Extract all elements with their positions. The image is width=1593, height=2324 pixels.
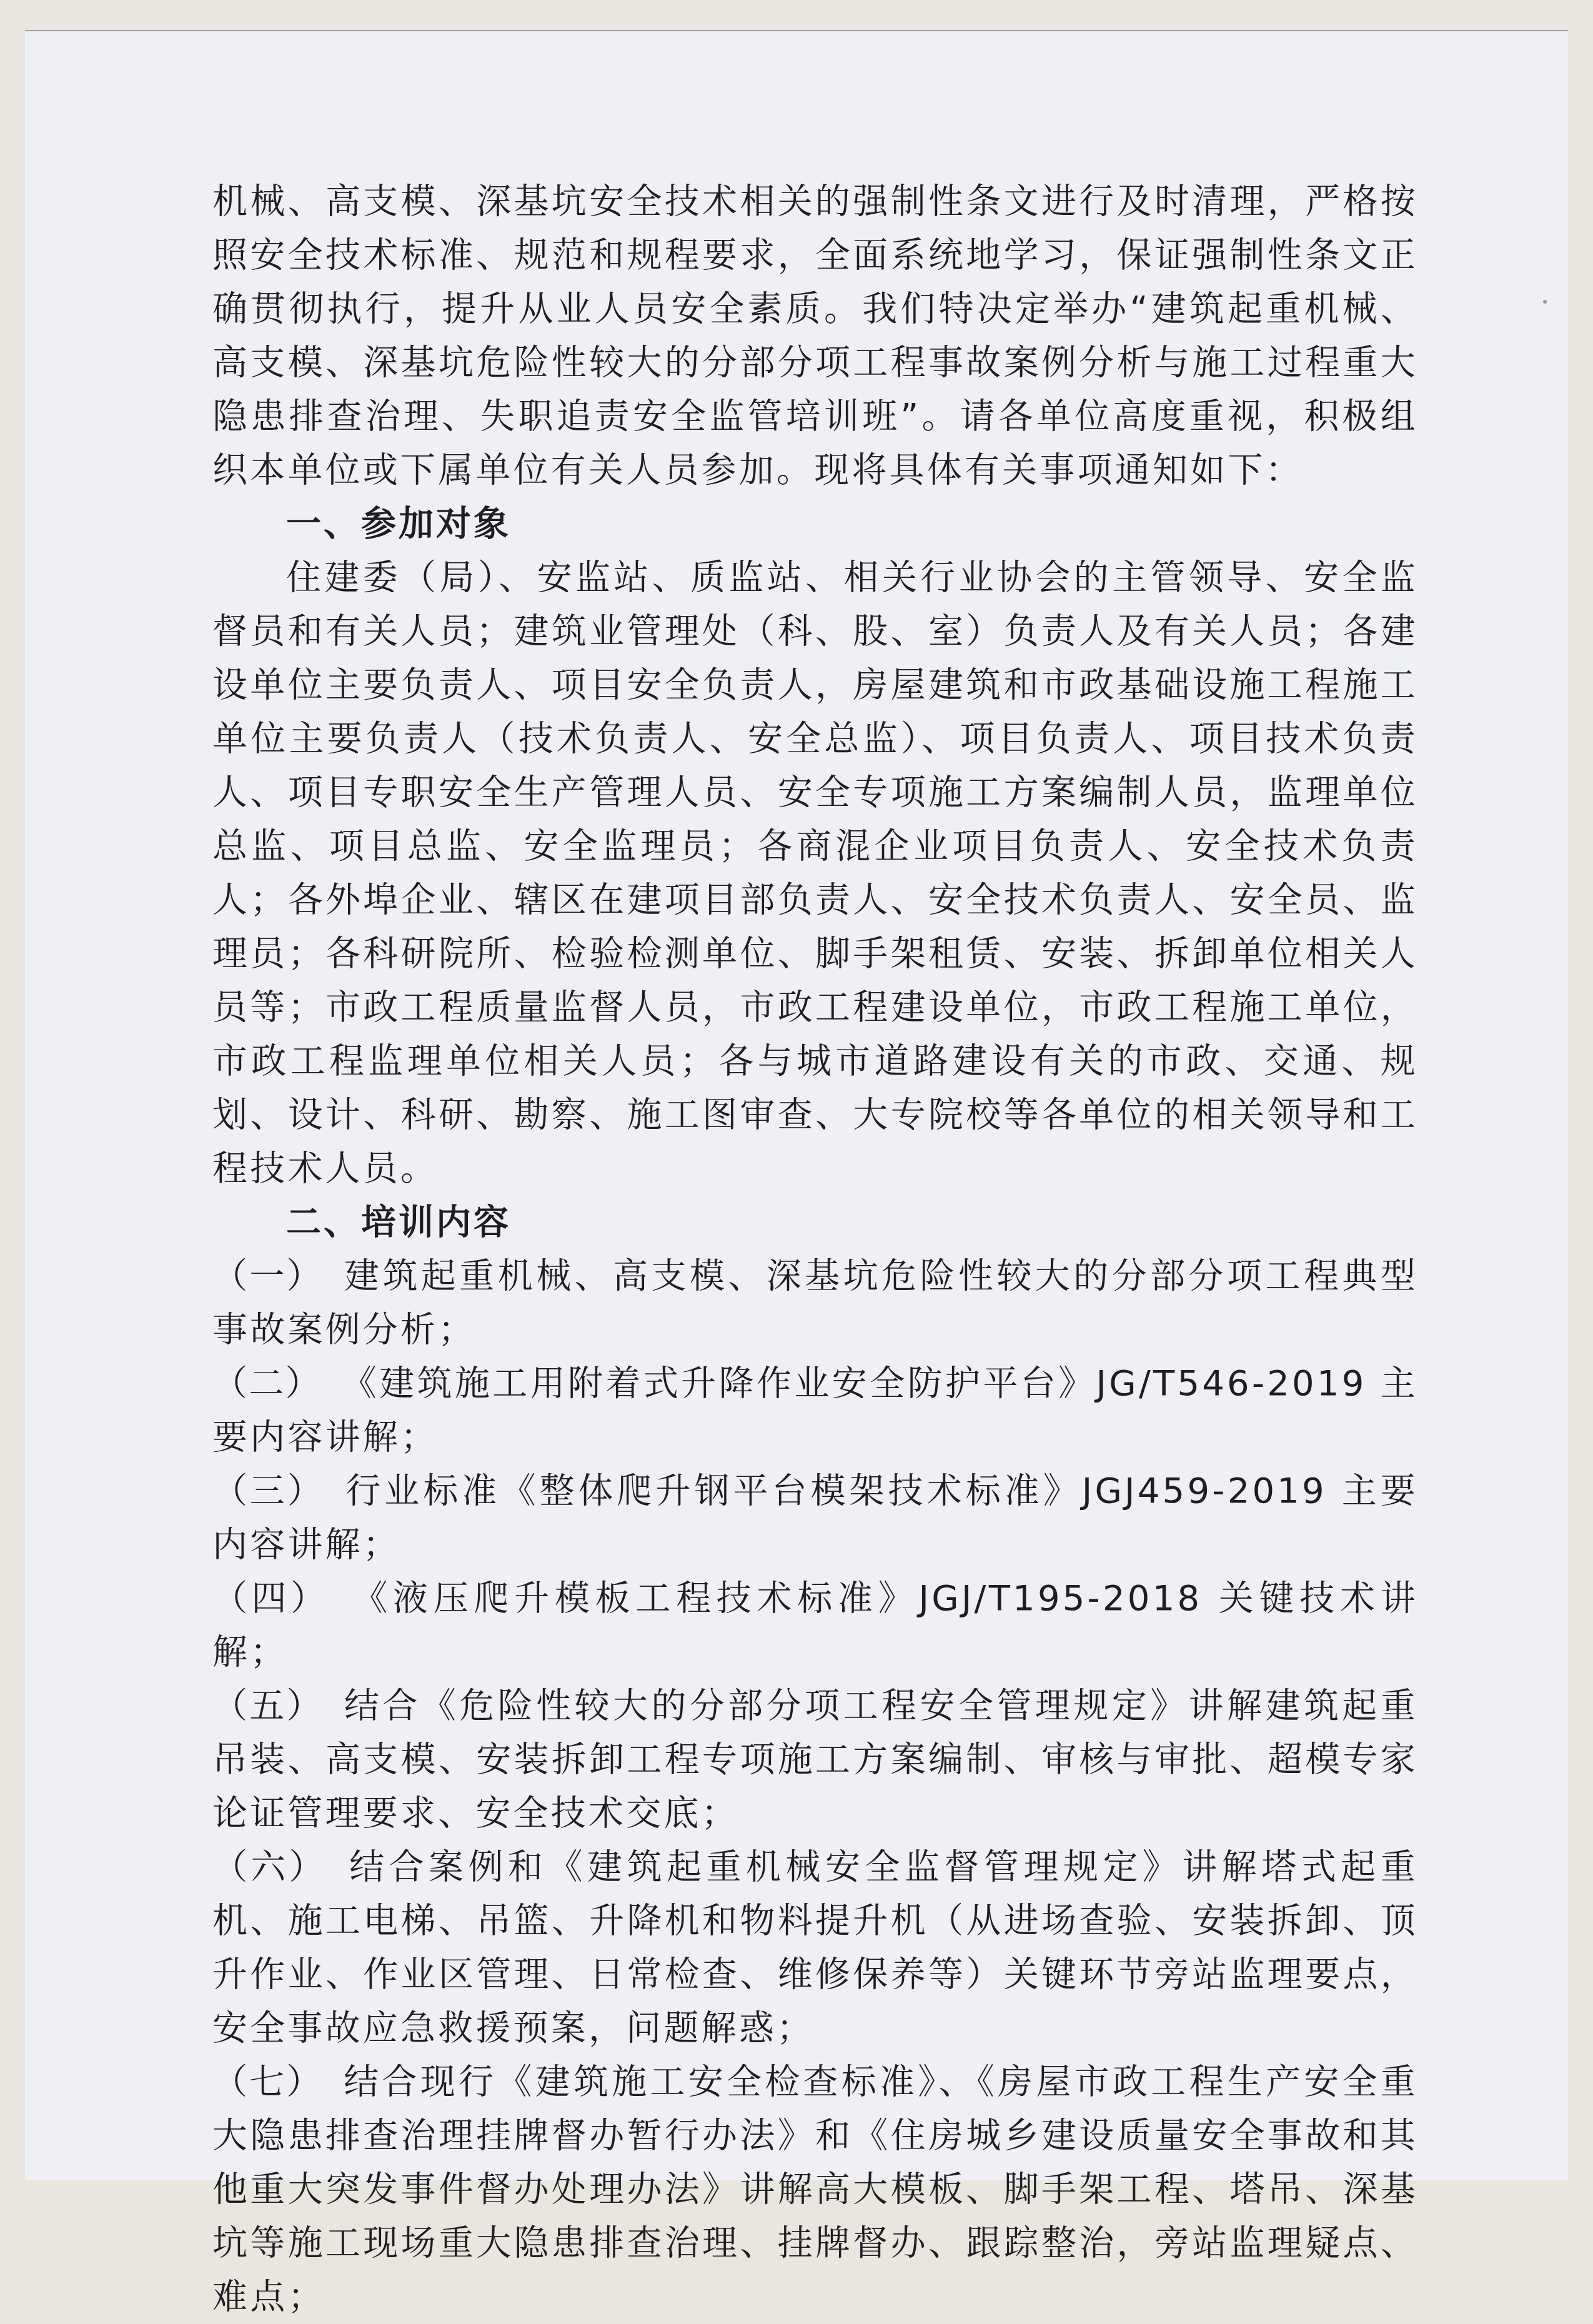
item-number: （六） xyxy=(212,1847,327,1887)
document-body: 机械、高支模、深基坑安全技术相关的强制性条文进行及时清理，严格按照安全技术标准、… xyxy=(212,175,1418,2187)
training-item-6: （六）结合案例和《建筑起重机械安全监督管理规定》讲解塔式起重机、施工电梯、吊篮、… xyxy=(212,1840,1418,2055)
item-number: （二） xyxy=(212,1363,322,1404)
item-number: （七） xyxy=(212,2062,323,2102)
item-number: （一） xyxy=(212,1256,324,1296)
item-text: 结合《危险性较大的分部分项工程安全管理规定》讲解建筑起重吊装、高支模、安装拆卸工… xyxy=(212,1686,1418,1834)
participants-paragraph: 住建委（局）、安监站、质监站、相关行业协会的主管领导、安全监督员和有关人员；建筑… xyxy=(212,551,1418,1196)
section-heading-participants: 一、参加对象 xyxy=(212,497,1418,551)
training-item-2: （二）《建筑施工用附着式升降作业安全防护平台》JG/T546-2019 主要内容… xyxy=(212,1357,1418,1464)
item-text: 建筑起重机械、高支模、深基坑危险性较大的分部分项工程典型事故案例分析； xyxy=(212,1256,1418,1350)
intro-paragraph: 机械、高支模、深基坑安全技术相关的强制性条文进行及时清理，严格按照安全技术标准、… xyxy=(212,175,1418,497)
training-item-3: （三）行业标准《整体爬升钢平台模架技术标准》JGJ459-2019 主要内容讲解… xyxy=(212,1464,1418,1572)
item-text: 行业标准《整体爬升钢平台模架技术标准》JGJ459-2019 主要内容讲解； xyxy=(212,1471,1418,1565)
training-item-5: （五）结合《危险性较大的分部分项工程安全管理规定》讲解建筑起重吊装、高支模、安装… xyxy=(212,1679,1418,1840)
scan-speck xyxy=(1543,300,1547,304)
item-number: （四） xyxy=(212,1578,330,1619)
item-text: 《液压爬升模板工程技术标准》JGJ/T195-2018 关键技术讲解； xyxy=(212,1578,1418,1672)
item-number: （三） xyxy=(212,1471,324,1511)
training-item-1: （一）建筑起重机械、高支模、深基坑危险性较大的分部分项工程典型事故案例分析； xyxy=(212,1249,1418,1357)
item-text: 《建筑施工用附着式升降作业安全防护平台》JG/T546-2019 主要内容讲解； xyxy=(212,1363,1418,1457)
training-item-4: （四）《液压爬升模板工程技术标准》JGJ/T195-2018 关键技术讲解； xyxy=(212,1572,1418,1679)
item-text: 结合现行《建筑施工安全检查标准》、《房屋市政工程生产安全重大隐患排查治理挂牌督办… xyxy=(212,2062,1418,2187)
item-text: 结合案例和《建筑起重机械安全监督管理规定》讲解塔式起重机、施工电梯、吊篮、升降机… xyxy=(212,1847,1418,2048)
item-number: （五） xyxy=(212,1686,324,1726)
section-heading-training-content: 二、培训内容 xyxy=(212,1196,1418,1249)
training-item-7: （七）结合现行《建筑施工安全检查标准》、《房屋市政工程生产安全重大隐患排查治理挂… xyxy=(212,2055,1418,2187)
